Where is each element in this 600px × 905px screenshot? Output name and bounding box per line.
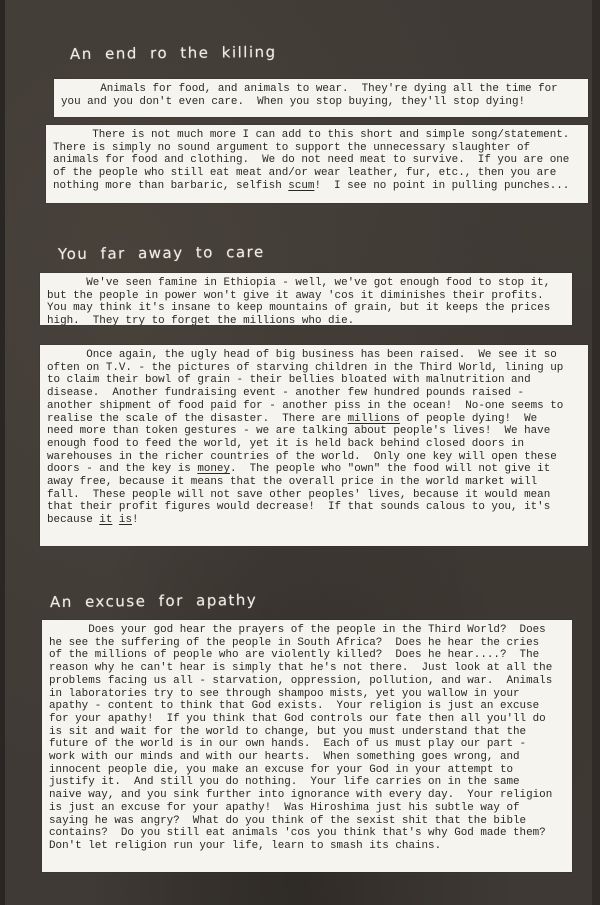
text-line: innocent people die, you make an excuse …: [49, 764, 565, 777]
text-line: apathy - content to think that God exist…: [49, 700, 565, 713]
underlined-word: scum: [288, 180, 314, 192]
text-block: Once again, the ugly head of big busines…: [40, 345, 588, 546]
text-line: Don't let religion run your life, learn …: [49, 840, 565, 853]
text-line: We've seen famine in Ethiopia - well, we…: [47, 277, 565, 290]
text-line: but the people in power won't give it aw…: [47, 290, 565, 303]
text-line: because it is!: [47, 514, 581, 527]
underlined-word: it: [99, 514, 112, 526]
text-line: You may think it's insane to keep mounta…: [47, 302, 565, 315]
text-line: work with our minds and with our hearts.…: [49, 751, 565, 764]
text-line: naive way, and you sink further into ign…: [49, 789, 565, 802]
text-line: to claim their bowl of grain - their bel…: [47, 374, 581, 387]
text-line: Does your god hear the prayers of the pe…: [49, 624, 565, 637]
underlined-word: is: [119, 514, 132, 526]
text-line: doors - and the key is money. The people…: [47, 463, 581, 476]
text-line: problems facing us all - starvation, opp…: [49, 675, 565, 688]
text-line: for your apathy! If you think that God c…: [49, 713, 565, 726]
text-line: of the people who still eat meat and/or …: [53, 167, 581, 180]
text-line: future of the world is in our own hands.…: [49, 738, 565, 751]
text-line: you and you don't even care. When you st…: [61, 96, 581, 109]
text-block: There is not much more I can add to this…: [46, 125, 588, 203]
section-heading-apathy: An excuse for apathy: [50, 591, 257, 611]
text-line: fall. These people will not save other p…: [47, 489, 581, 502]
underlined-word: money: [197, 463, 230, 475]
text-line: is just an excuse for your apathy! Was H…: [49, 802, 565, 815]
text-line: often on T.V. - the pictures of starving…: [47, 362, 581, 375]
page-right-edge: [592, 0, 600, 905]
text-line: nothing more than barbaric, selfish scum…: [53, 180, 581, 193]
text-block: Does your god hear the prayers of the pe…: [42, 620, 572, 872]
text-line: There is simply no sound argument to sup…: [53, 142, 581, 155]
text-line: realise the scale of the disaster. There…: [47, 413, 581, 426]
text-line: in laboratories try to see through shamp…: [49, 688, 565, 701]
text-block: Animals for food, and animals to wear. T…: [54, 79, 588, 117]
text-line: he see the suffering of the people in So…: [49, 637, 565, 650]
text-line: contains? Do you still eat animals 'cos …: [49, 827, 565, 840]
text-line: enough food to feed the world, yet it is…: [47, 438, 581, 451]
page-left-edge: [0, 0, 5, 905]
text-line: justify it. And still you do nothing. Yo…: [49, 776, 565, 789]
text-line: Animals for food, and animals to wear. T…: [61, 83, 581, 96]
text-line: saying he was angry? What do you think o…: [49, 815, 565, 828]
text-line: away free, because it means that the ove…: [47, 476, 581, 489]
text-line: another shipment of food paid for - anot…: [47, 400, 581, 413]
text-line: warehouses in the richer countries of th…: [47, 451, 581, 464]
text-line: There is not much more I can add to this…: [53, 129, 581, 142]
text-line: disease. Another fundraising event - ano…: [47, 387, 581, 400]
section-heading-far-away: You far away to care: [58, 243, 265, 263]
text-line: is sit and wait for the world to change,…: [49, 726, 565, 739]
underlined-word: millions: [348, 413, 400, 425]
text-block: We've seen famine in Ethiopia - well, we…: [40, 273, 572, 325]
text-line: Once again, the ugly head of big busines…: [47, 349, 581, 362]
section-heading-killing: An end ro the killing: [70, 43, 277, 63]
text-line: that their profit figures would decrease…: [47, 501, 581, 514]
text-line: high. They try to forget the millions wh…: [47, 315, 565, 325]
text-line: animals for food and clothing. We do not…: [53, 154, 581, 167]
text-line: reason why he can't hear is simply that …: [49, 662, 565, 675]
text-line: of the millions of people who are violen…: [49, 649, 565, 662]
text-line: need more than token gestures - we are t…: [47, 425, 581, 438]
